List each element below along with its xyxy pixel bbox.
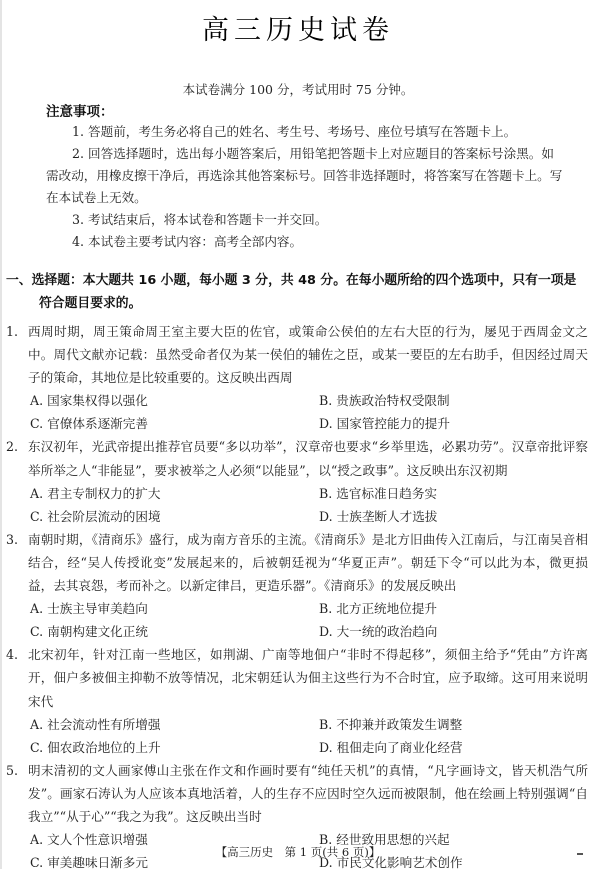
exam-subtitle: 本试卷满分 100 分，考试用时 75 分钟。: [0, 80, 596, 98]
option-grid: A. 君主专制权力的扩大 B. 选官标准日趋务实 C. 社会阶层流动的困境 D.…: [6, 482, 588, 528]
question-stem: 明末清初的文人画家傅山主张在作文和作画时要有“纯任天机”的真情，“凡字画诗文，皆…: [28, 759, 588, 828]
corner-mark: [577, 853, 583, 855]
question-stem: 南朝时期，《清商乐》盛行，成为南方音乐的主流。《清商乐》是北方旧曲传入江南后，与…: [28, 528, 588, 597]
option-grid: A. 国家集权得以强化 B. 贵族政治特权受限制 C. 官僚体系逐渐完善 D. …: [6, 389, 588, 435]
page-left-border: [0, 0, 2, 869]
question-2: 2. 东汉初年，光武帝提出推荐官员要“多以功举”，汉章帝也要求“乡举里选，必累功…: [6, 435, 588, 527]
notice-item: 4. 本试卷主要考试内容：高考全部内容。: [46, 231, 566, 253]
option-b: B. 不抑兼并政策发生调整: [319, 713, 588, 736]
section-heading-line1: 一、选择题：本大题共 16 小题，每小题 3 分，共 48 分。在每小题所给的四…: [6, 273, 576, 288]
notice-item: 2. 回答选择题时，选出每小题答案后，用铅笔把答题卡上对应题目的答案标号涂黑。如…: [46, 143, 566, 209]
option-c: C. 佃农政治地位的上升: [30, 736, 319, 759]
notice-item: 1. 答题前，考生务必将自己的姓名、考生号、考场号、座位号填写在答题卡上。: [46, 121, 566, 143]
section-heading: 一、选择题：本大题共 16 小题，每小题 3 分，共 48 分。在每小题所给的四…: [6, 269, 586, 315]
option-c: C. 南朝构建文化正统: [30, 620, 319, 643]
option-d: D. 大一统的政治趋向: [319, 620, 588, 643]
option-grid: A. 社会流动性有所增强 B. 不抑兼并政策发生调整 C. 佃农政治地位的上升 …: [6, 713, 588, 759]
notice-heading: 注意事项：: [46, 100, 114, 120]
notice-list: 1. 答题前，考生务必将自己的姓名、考生号、考场号、座位号填写在答题卡上。 2.…: [46, 121, 566, 253]
option-a: A. 社会流动性有所增强: [30, 713, 319, 736]
question-4: 4. 北宋初年，针对江南一些地区，如荆湖、广南等地佃户“非时不得起移”，须佃主给…: [6, 643, 588, 758]
question-3: 3. 南朝时期，《清商乐》盛行，成为南方音乐的主流。《清商乐》是北方旧曲传入江南…: [6, 528, 588, 643]
option-d: D. 士族垄断人才选拔: [319, 505, 588, 528]
option-b: B. 北方正统地位提升: [319, 597, 588, 620]
option-a: A. 国家集权得以强化: [30, 389, 319, 412]
option-c: C. 官僚体系逐渐完善: [30, 412, 319, 435]
section-heading-line2: 符合题目要求的。: [6, 292, 586, 315]
question-list: 1. 西周时期，周王策命周王室主要大臣的佐官，或策命公侯伯的左右大臣的行为，屡见…: [6, 320, 588, 869]
question-number: 3.: [6, 528, 28, 597]
question-number: 5.: [6, 759, 28, 828]
question-stem: 西周时期，周王策命周王室主要大臣的佐官，或策命公侯伯的左右大臣的行为，屡见于西周…: [28, 320, 588, 389]
notice-item: 3. 考试结束后，将本试卷和答题卡一并交回。: [46, 209, 566, 231]
question-number: 4.: [6, 643, 28, 712]
exam-title: 高三历史试卷: [0, 8, 596, 47]
option-b: B. 选官标准日趋务实: [319, 482, 588, 505]
option-d: D. 租佃走向了商业化经营: [319, 736, 588, 759]
option-a: A. 士族主导审美趋向: [30, 597, 319, 620]
question-stem: 东汉初年，光武帝提出推荐官员要“多以功举”，汉章帝也要求“乡举里选，必累功劳”。…: [28, 435, 588, 481]
option-grid: A. 士族主导审美趋向 B. 北方正统地位提升 C. 南朝构建文化正统 D. 大…: [6, 597, 588, 643]
option-d: D. 国家管控能力的提升: [319, 412, 588, 435]
page-footer: 【高三历史 第 1 页(共 6 页)】: [0, 844, 596, 860]
question-1: 1. 西周时期，周王策命周王室主要大臣的佐官，或策命公侯伯的左右大臣的行为，屡见…: [6, 320, 588, 435]
question-number: 1.: [6, 320, 28, 389]
question-stem: 北宋初年，针对江南一些地区，如荆湖、广南等地佃户“非时不得起移”，须佃主给予“凭…: [28, 643, 588, 712]
option-b: B. 贵族政治特权受限制: [319, 389, 588, 412]
question-number: 2.: [6, 435, 28, 481]
option-a: A. 君主专制权力的扩大: [30, 482, 319, 505]
option-c: C. 社会阶层流动的困境: [30, 505, 319, 528]
